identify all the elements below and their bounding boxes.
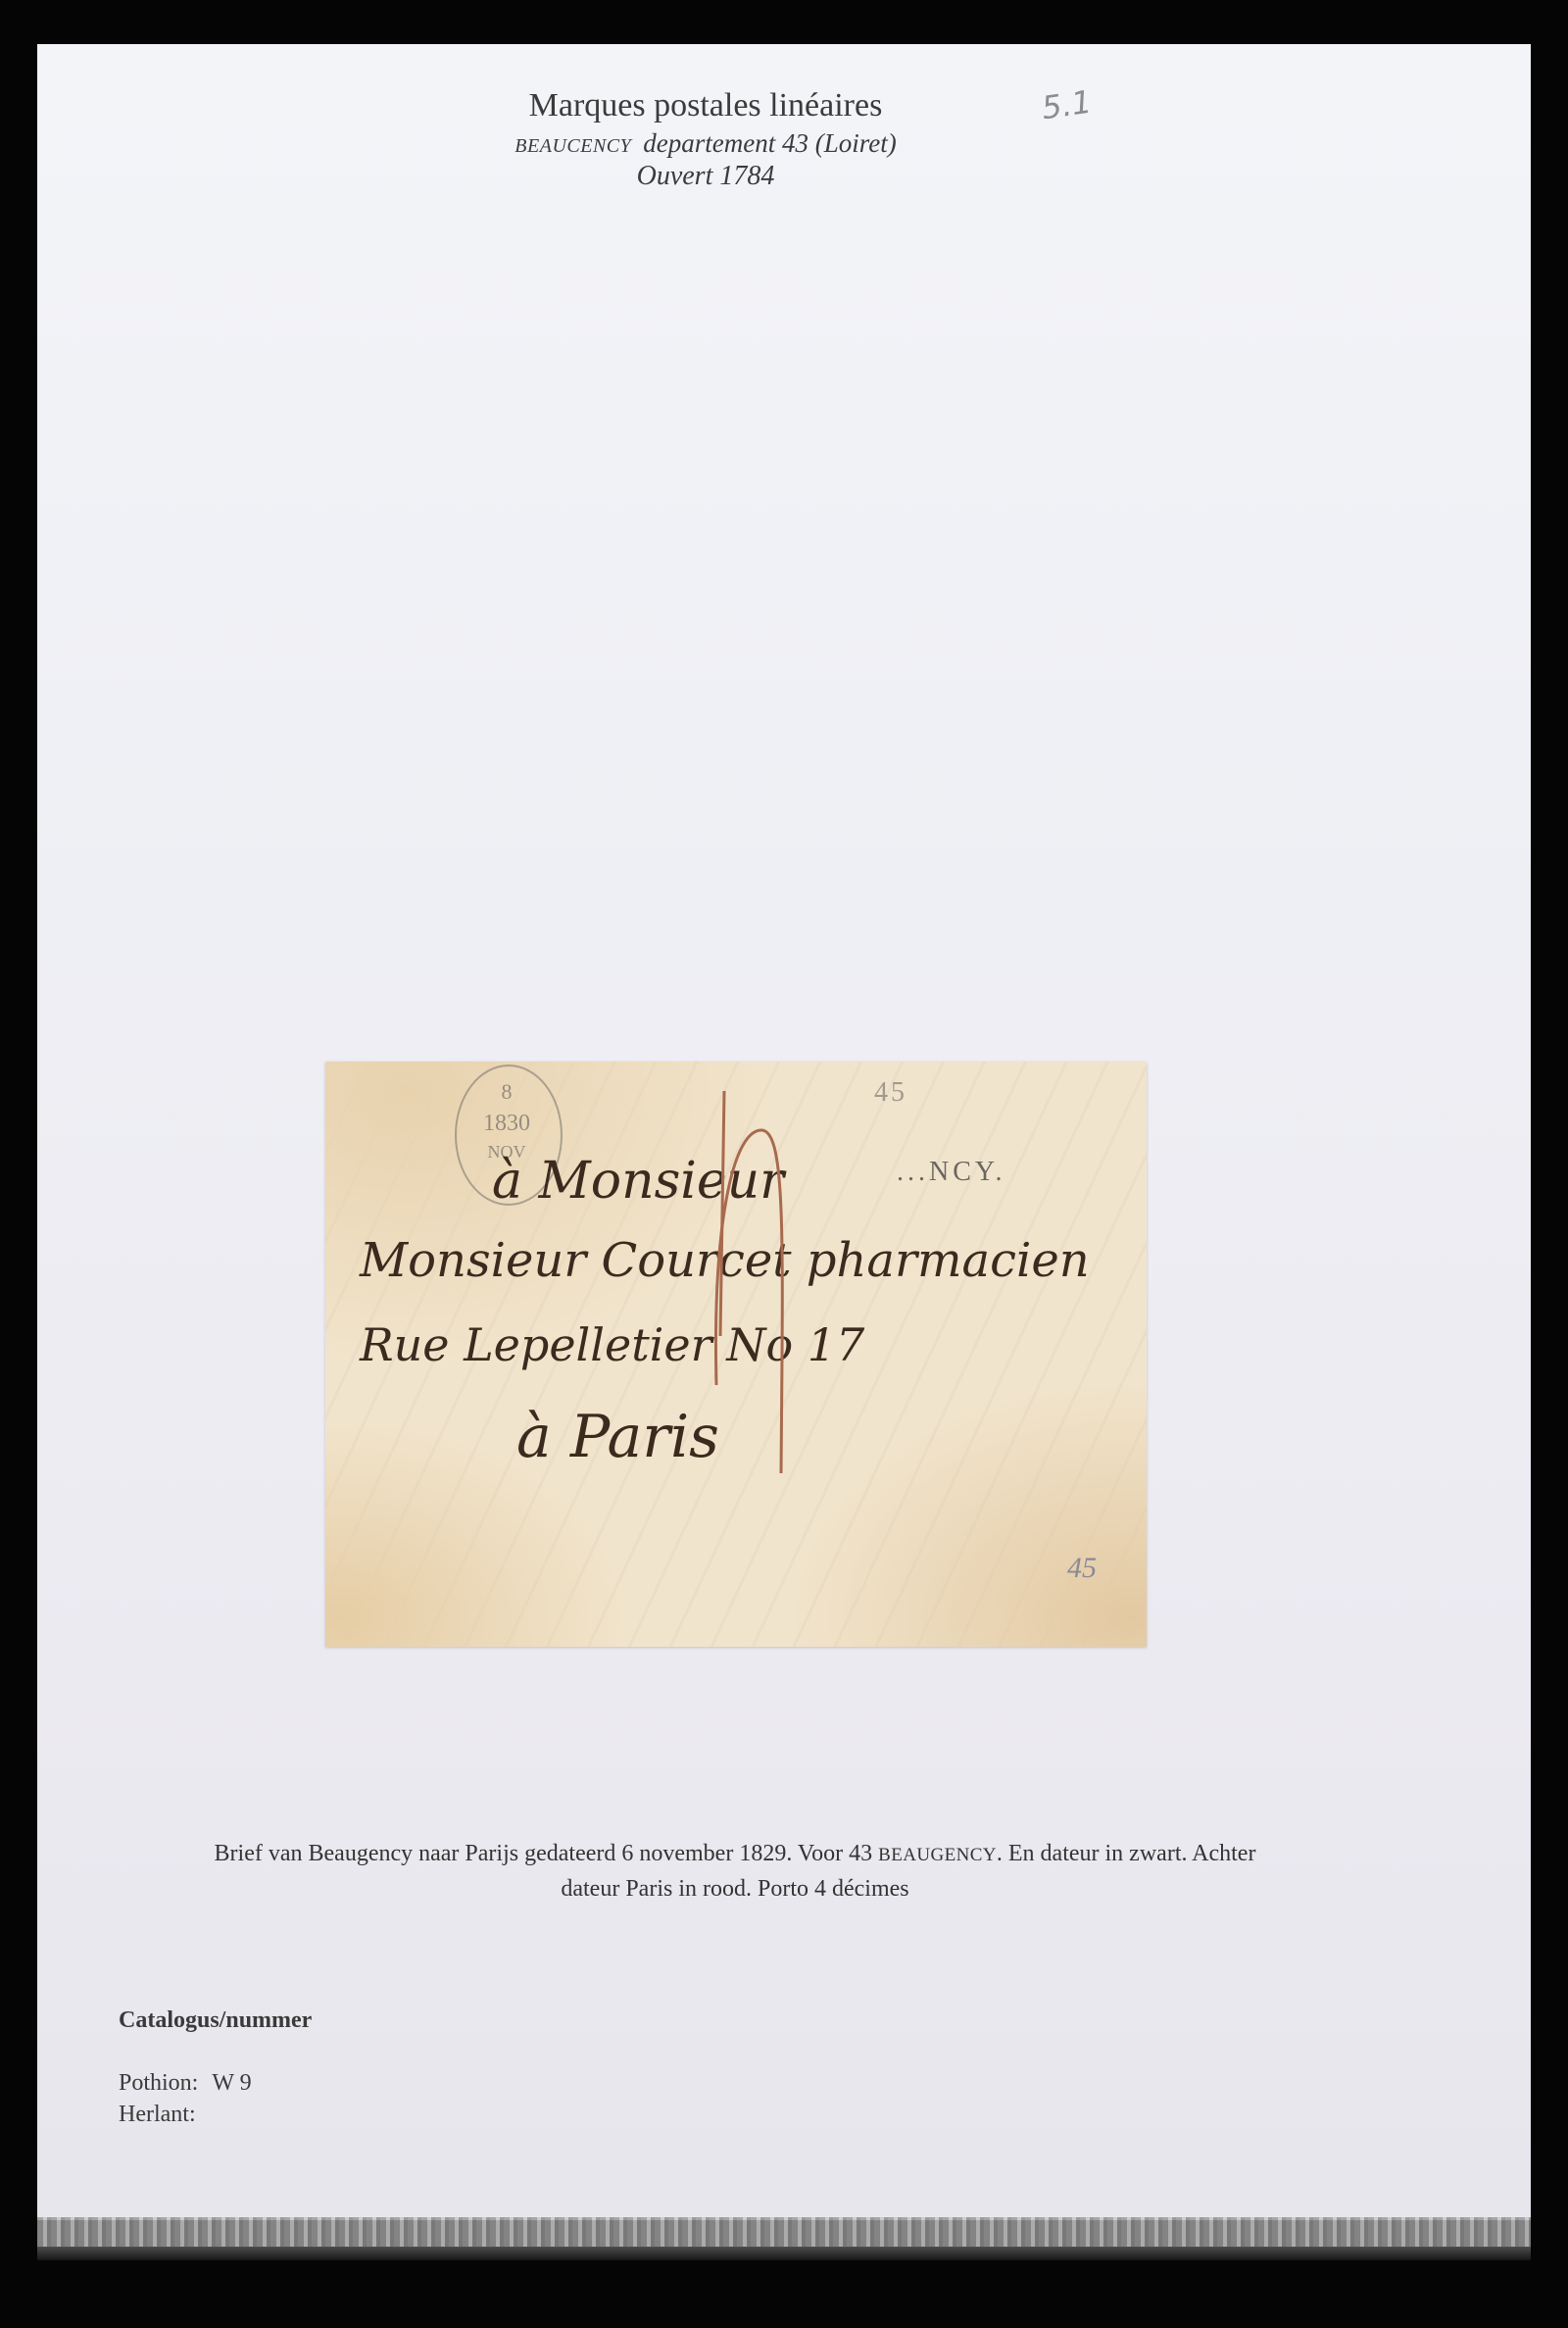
description-line-1: Brief van Beaugency naar Parijs gedateer… <box>98 1837 1372 1872</box>
catalog-value: W 9 <box>212 2070 251 2096</box>
address-line-4: à Paris <box>516 1403 719 1471</box>
postmark-year: 1830 <box>455 1111 559 1137</box>
catalog-label: Pothion: <box>119 2070 198 2096</box>
page-bottom-edge <box>37 2217 1531 2256</box>
catalog-row-pothion: Pothion:W 9 <box>119 2070 252 2097</box>
linear-stamp-number: 45 <box>874 1077 907 1109</box>
letter-cover: 8 1830 NOV 45 ...NCY. à Monsieur Monsieu… <box>325 1062 1147 1647</box>
pencil-note: 45 <box>1067 1552 1097 1585</box>
postmark-day: 8 <box>455 1079 559 1105</box>
department: departement 43 (Loiret) <box>643 128 896 158</box>
catalog-row-herlant: Herlant: <box>119 2102 210 2128</box>
red-porto-mark-icon <box>712 1091 791 1483</box>
page-title: Marques postales linéaires <box>0 86 1411 125</box>
page-subtitle: BEAUCENCYdepartement 43 (Loiret) <box>0 127 1411 162</box>
town-name: BEAUCENCY <box>514 135 631 157</box>
description-text-end: . En dateur in zwart. Achter <box>997 1841 1256 1866</box>
catalog-heading: Catalogus/nummer <box>119 2007 312 2034</box>
letter-description: Brief van Beaugency naar Parijs gedateer… <box>98 1837 1372 1907</box>
linear-stamp-town: ...NCY. <box>897 1157 1006 1188</box>
description-town: BEAUGENCY <box>878 1845 997 1865</box>
opened-year: Ouvert 1784 <box>0 161 1411 192</box>
pencil-page-number: 5.1 <box>1040 83 1095 127</box>
catalog-label: Herlant: <box>119 2102 196 2127</box>
description-line-2: dateur Paris in rood. Porto 4 décimes <box>98 1872 1372 1907</box>
description-text: Brief van Beaugency naar Parijs gedateer… <box>215 1841 879 1866</box>
